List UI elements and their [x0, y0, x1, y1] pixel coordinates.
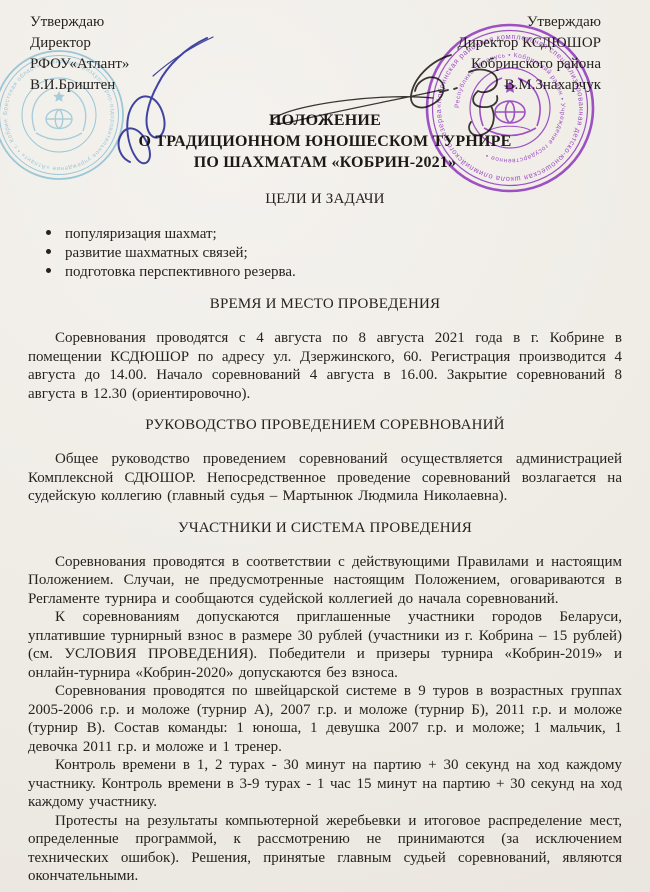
paragraph: Соревнования проводятся с 4 августа по 8… — [28, 329, 622, 403]
section-goals: ЦЕЛИ И ЗАДАЧИ популяризация шахмат; разв… — [28, 190, 622, 282]
section-management: РУКОВОДСТВО ПРОВЕДЕНИЕМ СОРЕВНОВАНИЙ Общ… — [28, 416, 622, 506]
paragraph: Протесты на результаты компьютерной жере… — [28, 812, 622, 886]
signature-black-icon — [255, 40, 525, 150]
list-item-text: подготовка перспективного резерва. — [65, 263, 296, 282]
list-item-text: популяризация шахмат; — [65, 225, 217, 244]
list-item: развитие шахматных связей; — [28, 244, 622, 263]
stamp-emblem-icon — [32, 88, 85, 140]
section-heading-management: РУКОВОДСТВО ПРОВЕДЕНИЕМ СОРЕВНОВАНИЙ — [28, 416, 622, 435]
document-body: ПОЛОЖЕНИЕ О ТРАДИЦИОННОМ ЮНОШЕСКОМ ТУРНИ… — [28, 110, 622, 886]
list-item: популяризация шахмат; — [28, 225, 622, 244]
paragraph: Общее руководство проведением соревнован… — [28, 450, 622, 506]
section-participants: УЧАСТНИКИ И СИСТЕМА ПРОВЕДЕНИЯ Соревнова… — [28, 519, 622, 886]
section-heading-participants: УЧАСТНИКИ И СИСТЕМА ПРОВЕДЕНИЯ — [28, 519, 622, 538]
paragraph: Контроль времени в 1, 2 турах - 30 минут… — [28, 756, 622, 812]
section-time-place: ВРЕМЯ И МЕСТО ПРОВЕДЕНИЯ Соревнования пр… — [28, 295, 622, 403]
bullet-dot — [46, 249, 51, 254]
paragraph: К соревнованиям допускаются приглашенные… — [28, 608, 622, 682]
scanned-document-page: Утверждаю Директор РФОУ«Атлант» В.И.Бриш… — [0, 0, 650, 892]
paragraph: Соревнования проводятся по швейцарской с… — [28, 682, 622, 756]
list-item-text: развитие шахматных связей; — [65, 244, 248, 263]
bullet-dot — [46, 268, 51, 273]
list-item: подготовка перспективного резерва. — [28, 263, 622, 282]
section-heading-time-place: ВРЕМЯ И МЕСТО ПРОВЕДЕНИЯ — [28, 295, 622, 314]
goals-list: популяризация шахмат; развитие шахматных… — [28, 225, 622, 282]
bullet-dot — [46, 230, 51, 235]
paragraph: Соревнования проводятся в соответствии с… — [28, 553, 622, 609]
signature-blue-icon — [95, 28, 225, 173]
